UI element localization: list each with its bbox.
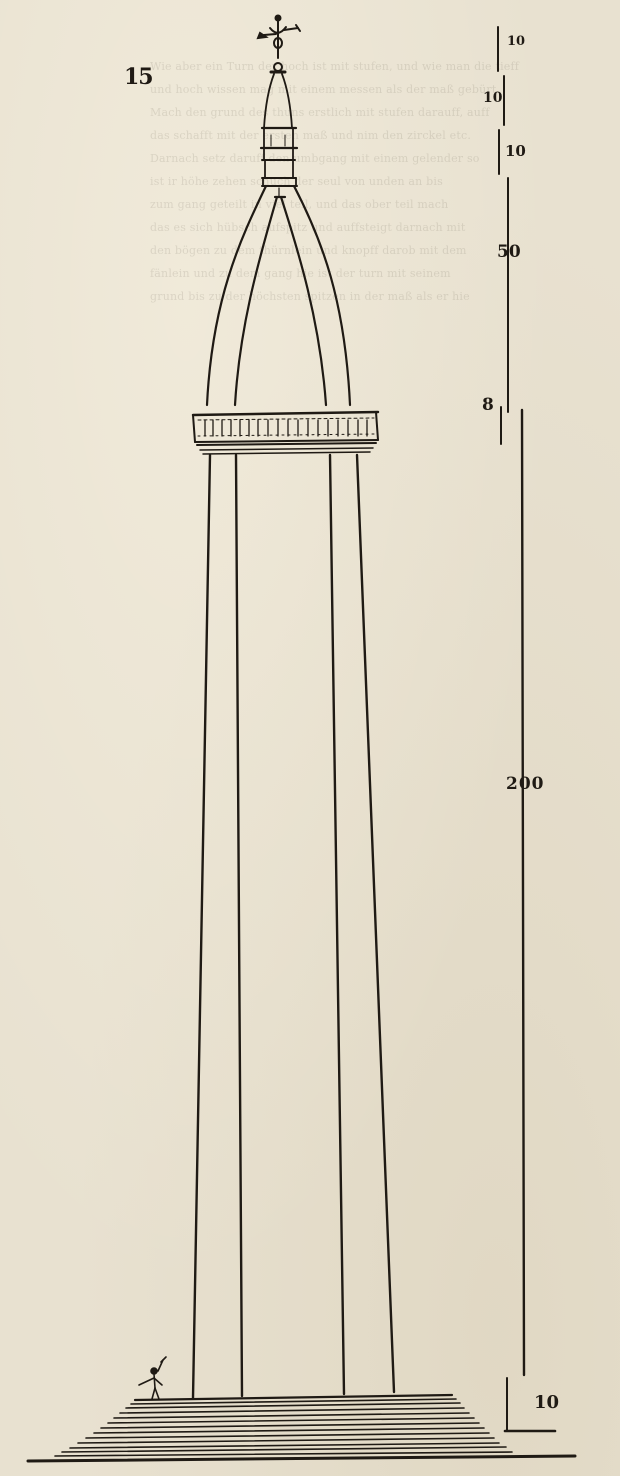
crown-ribs [207, 186, 350, 405]
stepped-base [28, 1395, 575, 1461]
scale-label-base: 10 [534, 1392, 559, 1413]
scale-label-finial: 10 [507, 34, 525, 49]
balcony-gallery [193, 412, 378, 454]
scale-label-shaft: 200 [506, 774, 545, 794]
tower-shaft [193, 455, 394, 1398]
scale-label-gallery: 8 [482, 395, 494, 415]
scale-label-cupola: 10 [483, 90, 502, 106]
human-figure-icon [139, 1357, 166, 1399]
cupola [261, 74, 297, 186]
tower-woodcut-drawing [0, 0, 620, 1476]
scale-bar [498, 27, 555, 1431]
scale-label-lantern: 10 [505, 142, 526, 160]
folio-number: 15 [124, 64, 153, 90]
scale-label-crown: 50 [497, 242, 521, 262]
weather-vane-icon [258, 16, 300, 73]
